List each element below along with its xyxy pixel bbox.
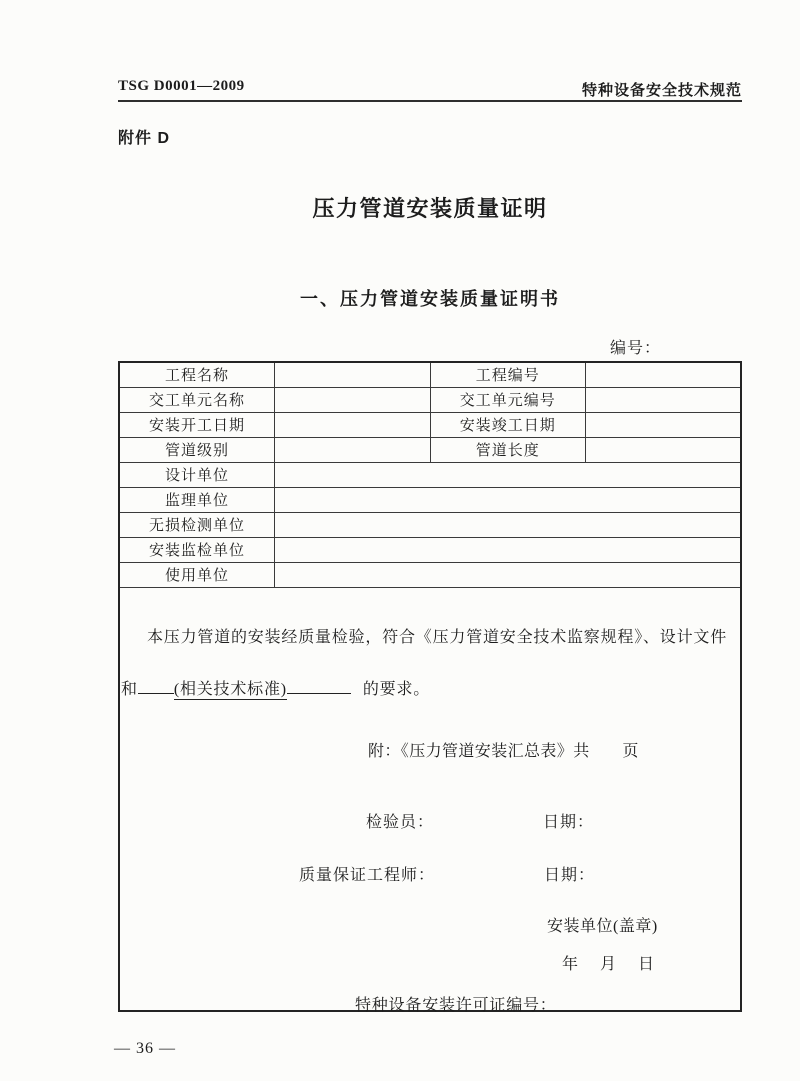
inspector-label: 检验员：	[366, 809, 434, 832]
engineer-label: 质量保证工程师：	[299, 862, 435, 885]
doc-code: TSG D0001—2009	[118, 78, 245, 95]
statement-prefix: 和	[121, 681, 138, 698]
blank-underline	[138, 693, 174, 694]
license-number-label: 特种设备安装许可证编号：	[355, 992, 557, 1015]
blank-underline	[287, 693, 351, 694]
certificate-table: 工程名称 工程编号 交工单元名称 交工单元编号 安装开工日期 安装竣工日期 管道…	[118, 361, 742, 1012]
doc-title: 特种设备安全技术规范	[582, 79, 742, 100]
statement-line1: 本压力管道的安装经质量检验，符合《压力管道安全技术监察规程》、设计文件	[121, 624, 739, 647]
number-label: 编号：	[610, 335, 661, 358]
attachment-label: 附件 D	[118, 125, 170, 148]
document-page: TSG D0001—2009 特种设备安全技术规范 附件 D 压力管道安装质量证…	[0, 0, 800, 1081]
statement-suffix: 的要求。	[363, 681, 430, 698]
bracket-label: (相关技术标准)	[174, 676, 287, 700]
section-title: 一、压力管道安装质量证明书	[118, 285, 742, 311]
page-number: — 36 —	[114, 1040, 176, 1058]
page-title: 压力管道安装质量证明	[118, 192, 742, 223]
attachment-note: 附：《压力管道安装汇总表》共 页	[368, 738, 639, 761]
engineer-date-label: 日期：	[544, 862, 595, 885]
date-ymd-label: 年 月 日	[562, 951, 657, 974]
certificate-body: 本压力管道的安装经质量检验，符合《压力管道安全技术监察规程》、设计文件 和(相关…	[118, 361, 742, 1012]
install-unit-seal-label: 安装单位(盖章)	[547, 913, 658, 936]
inspector-date-label: 日期：	[543, 809, 594, 832]
statement-line2: 和(相关技术标准)的要求。	[121, 676, 430, 700]
header-rule	[118, 100, 742, 102]
